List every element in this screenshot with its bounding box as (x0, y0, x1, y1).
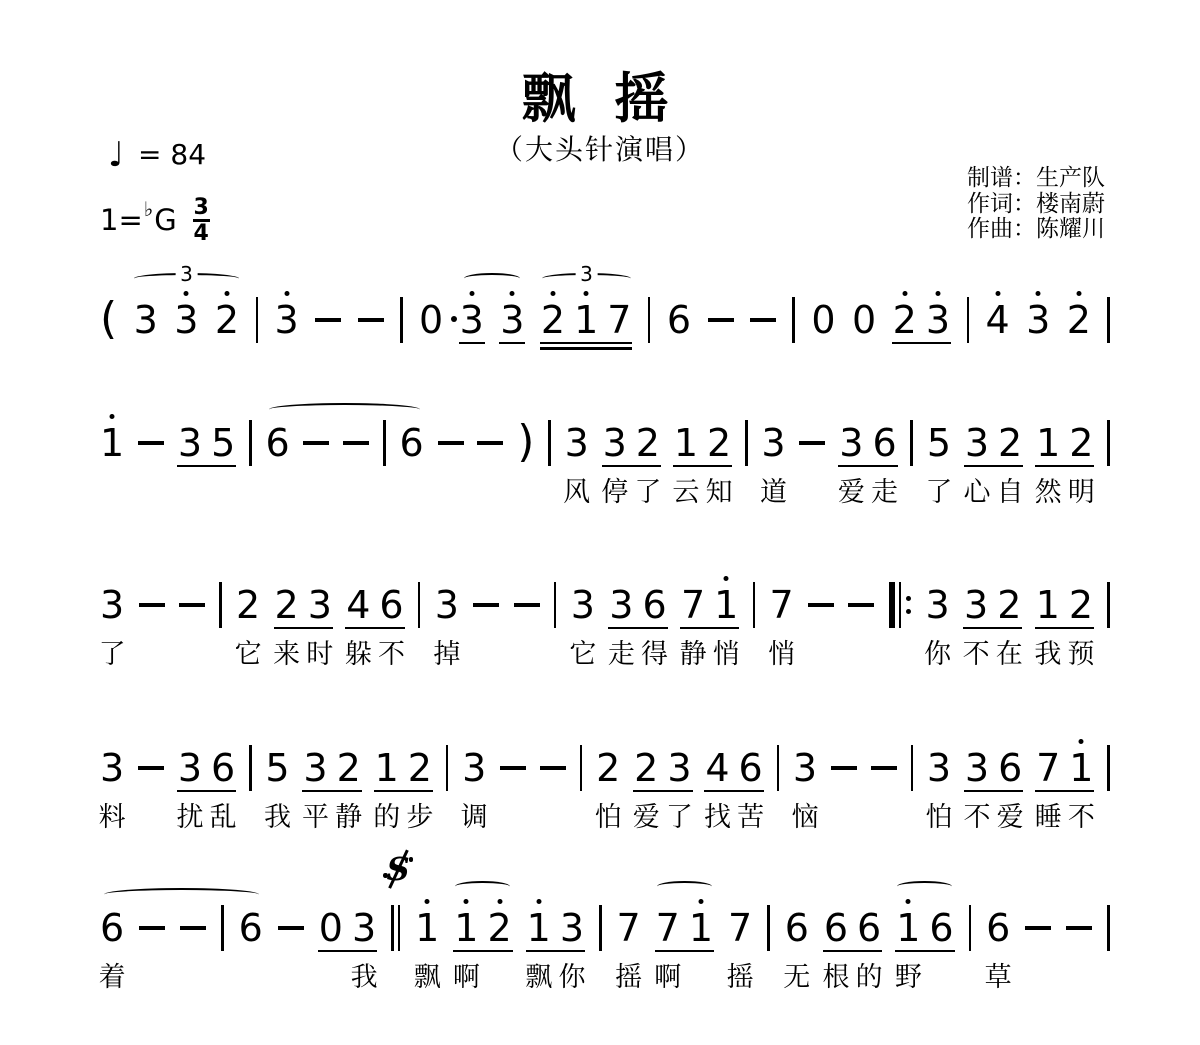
beamed-note-group: 6根6的 (824, 908, 881, 948)
note-digit: 7 (607, 300, 631, 340)
beam-line (459, 342, 485, 345)
note-digit: 3 (134, 300, 158, 340)
note-digit: 2 (487, 908, 511, 948)
duration-dash (1066, 926, 1092, 930)
beam-line (895, 950, 954, 953)
beam-line (318, 950, 377, 953)
note: 3 (500, 300, 524, 340)
segno-dot (383, 873, 388, 878)
lyric: 啊 (654, 955, 681, 994)
beamed-note-group: 7静1悄 (681, 585, 738, 625)
lyric: 它 (235, 632, 262, 671)
barline (256, 297, 259, 343)
octave-dot (1079, 739, 1084, 744)
note-digit: 1 (1036, 423, 1060, 463)
note-digit: 3 (965, 423, 989, 463)
note-digit: 7 (728, 908, 752, 948)
triplet-number: 3 (575, 263, 598, 285)
beam-line (274, 627, 333, 630)
beam-line (673, 465, 732, 468)
beam-line (823, 950, 882, 953)
duration-dash (799, 441, 825, 445)
beam-line (1035, 627, 1094, 630)
lyric: 的 (856, 955, 883, 994)
beam-line (540, 342, 633, 345)
note: 3 (178, 423, 202, 463)
note-digit: 3 (178, 748, 202, 788)
note-digit: 3 (964, 585, 988, 625)
note: 0 (319, 908, 343, 948)
octave-dot (906, 899, 911, 904)
note: 1悄 (714, 585, 738, 625)
note: 2来 (275, 585, 299, 625)
note-digit: 2 (1069, 585, 1093, 625)
beam-line (680, 627, 739, 630)
note: 3恼 (793, 748, 817, 788)
lyric: 风 (563, 470, 590, 509)
note: 6不 (379, 585, 403, 625)
note-digit: 3 (500, 300, 524, 340)
octave-dot (497, 899, 502, 904)
flat-icon: ♭ (144, 197, 153, 221)
note-digit: 6 (998, 748, 1022, 788)
lyric: 知 (706, 470, 733, 509)
beamed-note-group: 3停2了 (603, 423, 660, 463)
note: 5我 (265, 748, 289, 788)
octave-dot (584, 291, 589, 296)
duration-dash (871, 766, 897, 770)
beam-line (302, 790, 361, 793)
note: 2在 (997, 585, 1021, 625)
barline (1107, 582, 1110, 628)
note-digit: 3 (926, 300, 950, 340)
lyric: 摇 (727, 955, 754, 994)
time-signature: 3 4 (193, 198, 210, 243)
duration-dash (1025, 926, 1051, 930)
note-digit: 1 (527, 908, 551, 948)
note: 3扰 (178, 748, 202, 788)
lyric: 静 (680, 632, 707, 671)
note-digit: 2 (997, 585, 1021, 625)
note: 3时 (308, 585, 332, 625)
duration-dash (315, 318, 341, 322)
duration-dash (473, 603, 499, 607)
barline (446, 745, 449, 791)
beam-line (499, 342, 525, 345)
lyric: 走 (608, 632, 635, 671)
note: 3掉 (435, 585, 459, 625)
note-digit: 3 (352, 908, 376, 948)
lyric: 不 (963, 795, 990, 834)
note-digit: 6 (739, 748, 763, 788)
octave-dot (284, 291, 289, 296)
beamed-note-group: 3不2在 (964, 585, 1021, 625)
note-digit: 3 (965, 748, 989, 788)
note-digit: 6 (986, 908, 1010, 948)
barline (967, 297, 970, 343)
note-digit: 6 (400, 423, 424, 463)
note-digit: 1 (454, 908, 478, 948)
note-digit: 2 (275, 585, 299, 625)
note: 7摇 (617, 908, 641, 948)
lyric: 我 (351, 955, 378, 994)
beam-line (892, 342, 951, 345)
duration-dash (138, 441, 164, 445)
note-digit: 2 (337, 748, 361, 788)
note: 6 (667, 300, 691, 340)
beam-line (1035, 465, 1094, 468)
note: 2步 (408, 748, 432, 788)
note-digit: 6 (642, 585, 666, 625)
note-digit: 2 (541, 300, 565, 340)
lyric: 你 (558, 955, 585, 994)
note: 3怕 (927, 748, 951, 788)
lyric: 躲 (345, 632, 372, 671)
note-digit: 1 (375, 748, 399, 788)
barline (792, 297, 795, 343)
note: 2了 (636, 423, 660, 463)
note-digit: 2 (707, 423, 731, 463)
lyric: 苦 (737, 795, 764, 834)
lyric: 了 (99, 632, 126, 671)
note: 1然 (1036, 423, 1060, 463)
lyric: 不 (963, 632, 990, 671)
note: 2爱 (634, 748, 658, 788)
beam-line (602, 465, 661, 468)
note-digit: 1 (689, 908, 713, 948)
parenthesis: ) (517, 421, 534, 463)
duration-dash (808, 603, 834, 607)
lyric: 静 (335, 795, 362, 834)
note-digit: 6 (785, 908, 809, 948)
note-digit: 3 (603, 423, 627, 463)
note-digit: 1 (674, 423, 698, 463)
note-digit: 3 (839, 423, 863, 463)
note: 1 (574, 300, 598, 340)
note: 7摇 (728, 908, 752, 948)
barline (219, 582, 222, 628)
slur-arc (897, 881, 952, 892)
note: 3心 (965, 423, 989, 463)
lyric: 停 (601, 470, 628, 509)
beamed-note-group: 35 (178, 423, 235, 463)
note-digit: 2 (893, 300, 917, 340)
note-digit: 6 (211, 748, 235, 788)
beam-line (608, 627, 667, 630)
octave-dot (536, 899, 541, 904)
octave-dot (464, 899, 469, 904)
tempo-value: = 84 (138, 138, 206, 171)
note-digit: 2 (408, 748, 432, 788)
note: 2预 (1069, 585, 1093, 625)
beamed-note-group: 1我2预 (1036, 585, 1093, 625)
duration-dash (708, 318, 734, 322)
octave-dot (902, 291, 907, 296)
note-digit: 3 (560, 908, 584, 948)
note: 2 (1067, 300, 1091, 340)
note: 3道 (761, 423, 785, 463)
beamed-note-group: 3走6得 (609, 585, 666, 625)
note-digit: 7 (617, 908, 641, 948)
note-digit: 7 (656, 908, 680, 948)
barline (911, 745, 914, 791)
score-line: 13566)3风3停2了1云2知3道3爱6走5了3心2自1然2明 (100, 423, 1110, 483)
lyric: 野 (895, 955, 922, 994)
note: 3不 (965, 748, 989, 788)
note: 2 (541, 300, 565, 340)
duration-dash (438, 441, 464, 445)
lyric: 无 (783, 955, 810, 994)
note: 3爱 (839, 423, 863, 463)
barline (249, 420, 252, 466)
note: 2知 (707, 423, 731, 463)
note: 7啊 (656, 908, 680, 948)
lyric: 道 (760, 470, 787, 509)
lyric: 了 (666, 795, 693, 834)
note: 0 (419, 300, 443, 340)
octave-dot (225, 291, 230, 296)
note: 6的 (857, 908, 881, 948)
beamed-note-group: 217 (541, 300, 632, 340)
barline (221, 905, 224, 951)
note-digit: 3 (174, 300, 198, 340)
note-digit: 3 (793, 748, 817, 788)
beam-line (540, 347, 633, 350)
score-line: 6着603我S1飘1啊21飘3你7摇7啊17摇6无6根6的1野66草 (100, 908, 1110, 968)
note: 1云 (674, 423, 698, 463)
note: 3 (134, 300, 158, 340)
quarter-note-icon: ♩ (108, 140, 124, 170)
beamed-note-group: 1飘3你 (527, 908, 584, 948)
note: 2它 (236, 585, 260, 625)
barline (548, 420, 551, 466)
note: 3调 (462, 748, 486, 788)
beam-line (177, 465, 236, 468)
note-digit: 6 (824, 908, 848, 948)
tempo-marking: ♩ = 84 (108, 138, 206, 171)
lyric: 了 (925, 470, 952, 509)
note: 3了 (667, 748, 691, 788)
note-digit: 6 (872, 423, 896, 463)
note: 3它 (571, 585, 595, 625)
note: 6 (239, 908, 263, 948)
note: 6苦 (739, 748, 763, 788)
note: 1的 (375, 748, 399, 788)
note-digit: 3 (308, 585, 332, 625)
credits: 制谱：生产队 作词：楼南蔚 作曲：陈耀川 (967, 166, 1105, 243)
lyric: 悄 (768, 632, 795, 671)
note-digit: 1 (714, 585, 738, 625)
note: 2自 (998, 423, 1022, 463)
note: 3 (275, 300, 299, 340)
note-digit: 6 (667, 300, 691, 340)
note-digit: 3 (667, 748, 691, 788)
lyric: 着 (99, 955, 126, 994)
octave-dot (698, 899, 703, 904)
duration-dash (303, 441, 329, 445)
lyric: 云 (672, 470, 699, 509)
repeat-dot (906, 609, 911, 614)
lyric: 料 (99, 795, 126, 834)
time-signature-numerator: 3 (194, 198, 209, 217)
credit-lyricist: 作词：楼南蔚 (967, 192, 1105, 218)
beamed-note-group: 1云2知 (674, 423, 731, 463)
credit-composer: 作曲：陈耀川 (967, 217, 1105, 243)
score: (3323033217600234323313566)3风3停2了1云2知3道3… (100, 300, 1110, 1030)
lyric: 怕 (925, 795, 952, 834)
note: 2怕 (596, 748, 620, 788)
beam-line (453, 950, 512, 953)
barline (969, 905, 972, 951)
note-digit: 7 (1036, 748, 1060, 788)
triplet-bracket: 3 (542, 273, 631, 284)
note-digit: 3 (178, 423, 202, 463)
note-digit: 5 (927, 423, 951, 463)
barline (767, 905, 770, 951)
note-digit: 3 (926, 585, 950, 625)
note: 6无 (785, 908, 809, 948)
beamed-note-group: 2爱3了 (634, 748, 691, 788)
barline (745, 420, 748, 466)
octave-dot (1036, 291, 1041, 296)
beamed-note-group: 1野6 (896, 908, 953, 948)
barline (1107, 905, 1110, 951)
note-digit: 4 (346, 585, 370, 625)
note: 1啊 (454, 908, 478, 948)
note: 3 (1026, 300, 1050, 340)
barline (753, 582, 756, 628)
repeat-dots (906, 582, 911, 628)
note: 4 (985, 300, 1009, 340)
barline (777, 745, 780, 791)
note: 3你 (560, 908, 584, 948)
note: 3料 (100, 748, 124, 788)
barline (383, 420, 386, 466)
lyric: 根 (822, 955, 849, 994)
time-signature-denominator: 4 (194, 224, 209, 243)
note-digit: 6 (265, 423, 289, 463)
lyric: 掉 (433, 632, 460, 671)
barline (249, 745, 252, 791)
note-digit: 3 (927, 748, 951, 788)
note-digit: 3 (609, 585, 633, 625)
note-digit: 3 (462, 748, 486, 788)
note-digit: 2 (1069, 423, 1093, 463)
beam-line (526, 950, 585, 953)
barline (1107, 745, 1110, 791)
note-digit: 2 (636, 423, 660, 463)
lyric: 啊 (453, 955, 480, 994)
note-digit: 2 (998, 423, 1022, 463)
barline (554, 582, 557, 628)
repeat-start-sign (889, 582, 912, 628)
beam-line (1035, 790, 1094, 793)
duration-dash (540, 766, 566, 770)
lyric: 自 (997, 470, 1024, 509)
lyric: 的 (373, 795, 400, 834)
beamed-note-group: 3扰6乱 (178, 748, 235, 788)
note-digit: 2 (236, 585, 260, 625)
note-digit: 3 (571, 585, 595, 625)
beamed-note-group: 2来3时 (275, 585, 332, 625)
key-signature: 1=♭G 3 4 (100, 198, 210, 243)
note-digit: 2 (596, 748, 620, 788)
lyric: 不 (1068, 795, 1095, 834)
lyric: 得 (641, 632, 668, 671)
note-digit: 1 (100, 423, 124, 463)
octave-dot (110, 414, 115, 419)
note: 1我 (1036, 585, 1060, 625)
score-line: 3料3扰6乱5我3平2静1的2步3调2怕2爱3了4找6苦3恼3怕3不6爱7睡1不 (100, 748, 1110, 808)
note: 6草 (986, 908, 1010, 948)
beam-line (633, 790, 692, 793)
octave-dot (1076, 291, 1081, 296)
barline (1107, 420, 1110, 466)
note: 2 (487, 908, 511, 948)
note: 6得 (642, 585, 666, 625)
note-digit: 1 (415, 908, 439, 948)
note-digit: 3 (565, 423, 589, 463)
lyric: 心 (963, 470, 990, 509)
lyric: 你 (924, 632, 951, 671)
lyric: 我 (264, 795, 291, 834)
note-digit: 6 (929, 908, 953, 948)
lyric: 摇 (615, 955, 642, 994)
note: 3停 (603, 423, 627, 463)
duration-dash (343, 441, 369, 445)
note: 2 (893, 300, 917, 340)
lyric: 乱 (210, 795, 237, 834)
note-digit: 1 (896, 908, 920, 948)
barline (400, 297, 403, 343)
note-digit: 3 (460, 300, 484, 340)
note-digit: 3 (1026, 300, 1050, 340)
octave-dot (551, 291, 556, 296)
note-digit: 0 (319, 908, 343, 948)
beamed-note-group: 3 (500, 300, 524, 340)
song-title: 飘 摇 (0, 56, 1200, 133)
duration-dash (138, 766, 164, 770)
beam-line (964, 790, 1023, 793)
duration-dash (358, 318, 384, 322)
duration-dash (179, 603, 205, 607)
note: 6 (265, 423, 289, 463)
octave-dot (995, 291, 1000, 296)
segno-dot (409, 857, 414, 862)
note: 6根 (824, 908, 848, 948)
beamed-note-group: 1的2步 (375, 748, 432, 788)
tie-arc (104, 888, 259, 901)
note: 6 (929, 908, 953, 948)
barline (1107, 297, 1110, 343)
note-digit: 3 (100, 585, 124, 625)
lyric: 飘 (414, 955, 441, 994)
note: 3 (460, 300, 484, 340)
beam-line (704, 790, 763, 793)
lyric: 不 (378, 632, 405, 671)
note: 5 (211, 423, 235, 463)
note: 3走 (609, 585, 633, 625)
note-digit: 0 (419, 300, 443, 340)
barline (580, 745, 583, 791)
beamed-note-group: 1然2明 (1036, 423, 1093, 463)
note: 2 (215, 300, 239, 340)
beam-line (177, 790, 236, 793)
octave-dot (184, 291, 189, 296)
duration-dash (139, 926, 165, 930)
duration-dash (750, 318, 776, 322)
parenthesis: ( (100, 298, 117, 340)
